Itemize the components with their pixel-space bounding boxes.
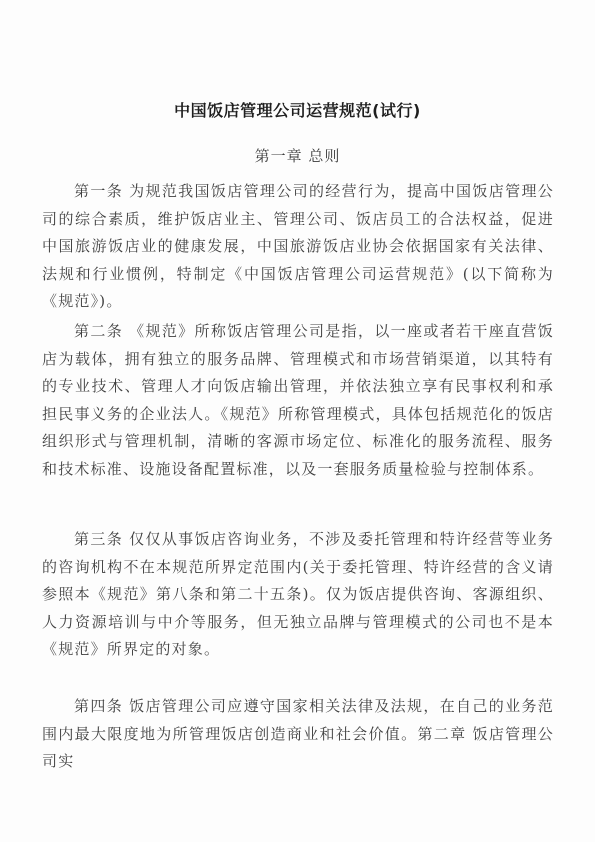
- chapter-heading: 第一章 总则: [0, 145, 595, 166]
- article-4-paragraph: 第四条 饭店管理公司应遵守国家相关法律及法规，在自己的业务范围内最大限度地为所管…: [42, 693, 554, 776]
- article-1-paragraph: 第一条 为规范我国饭店管理公司的经营行为，提高中国饭店管理公司的综合素质，维护饭…: [42, 178, 554, 316]
- document-page: 中国饭店管理公司运营规范(试行) 第一章 总则 第一条 为规范我国饭店管理公司的…: [0, 0, 595, 842]
- document-title: 中国饭店管理公司运营规范(试行): [0, 98, 595, 121]
- article-2-paragraph: 第二条 《规范》所称饭店管理公司是指，以一座或者若干座直营饭店为载体，拥有独立的…: [42, 318, 554, 483]
- article-3-paragraph: 第三条 仅仅从事饭店咨询业务，不涉及委托管理和特许经营等业务的咨询机构不在本规范…: [42, 526, 554, 664]
